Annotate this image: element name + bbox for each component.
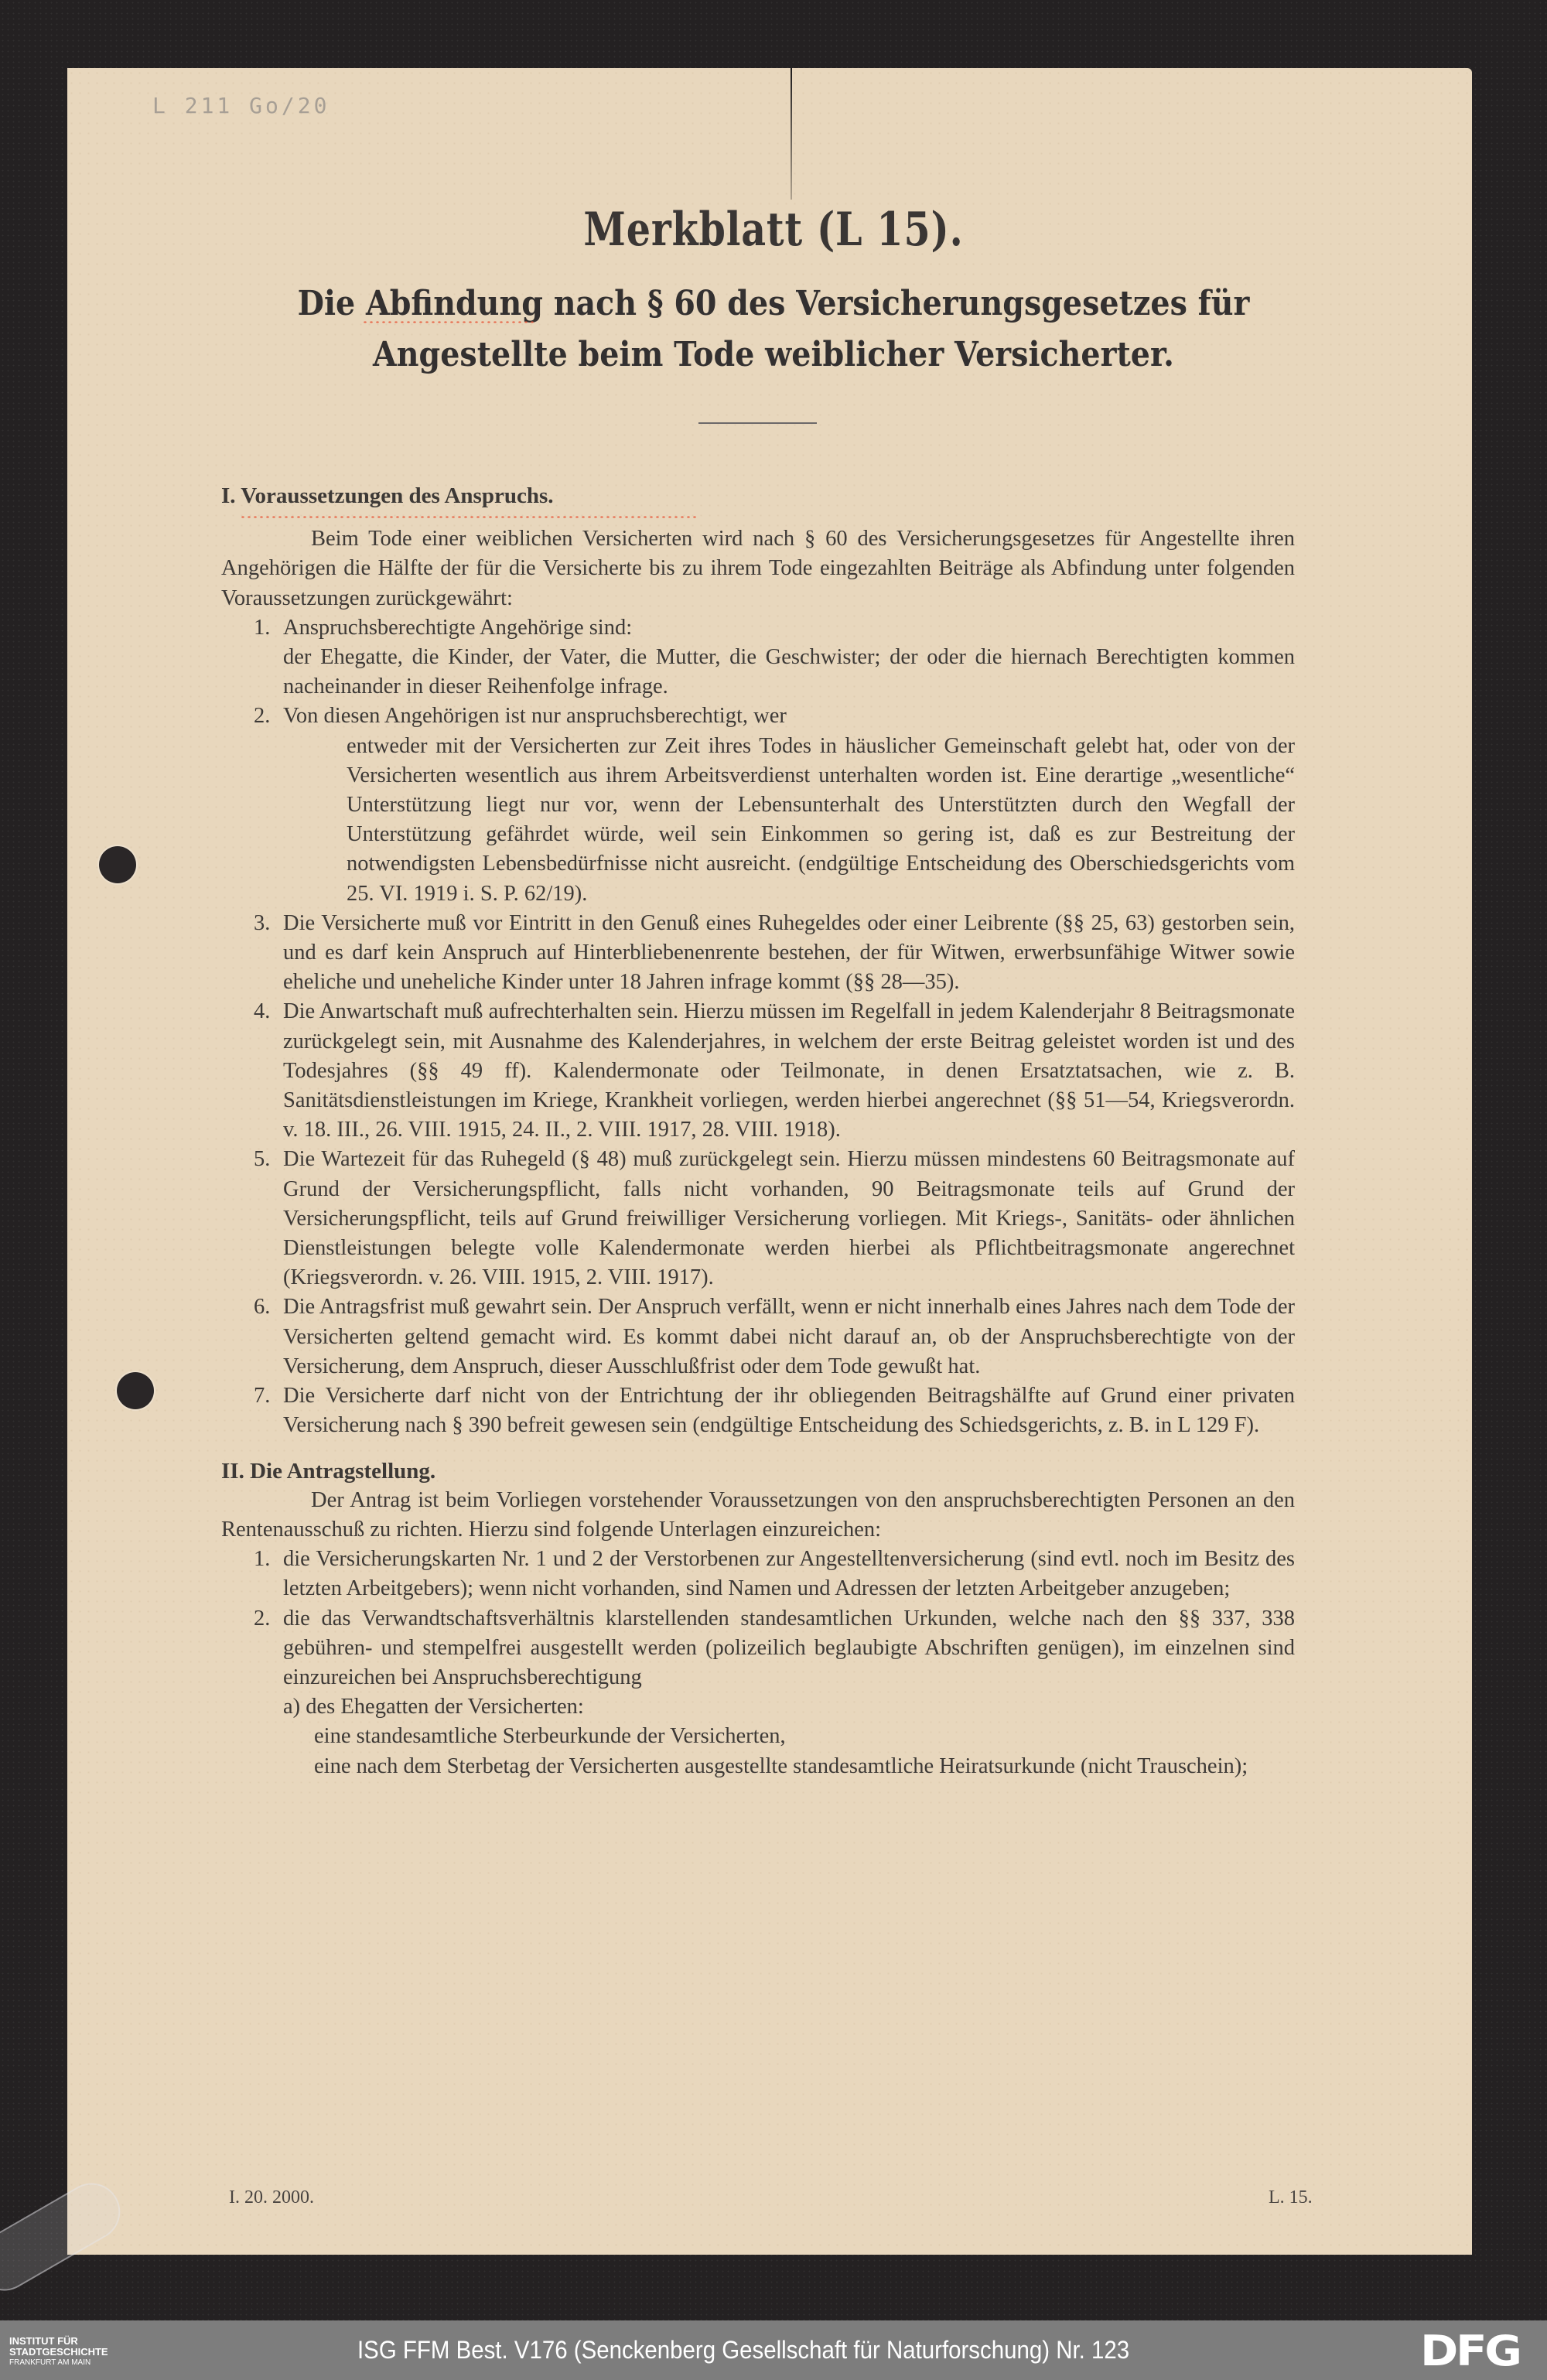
list-item: 2. die das Verwandtschaftsverhältnis kla… bbox=[221, 1604, 1295, 1693]
sub-item-line: eine standesamtliche Sterbeurkunde der V… bbox=[283, 1722, 1295, 1751]
title-divider bbox=[698, 422, 817, 424]
item-number: 4. bbox=[254, 997, 270, 1026]
section-2-intro: Der Antrag ist beim Vorliegen vorstehend… bbox=[221, 1486, 1295, 1545]
list-item: 1. die Versicherungskarten Nr. 1 und 2 d… bbox=[221, 1545, 1295, 1603]
item-number: 3. bbox=[254, 909, 270, 938]
red-pencil-underline bbox=[362, 320, 534, 324]
item-lead: Von diesen Angehörigen ist nur anspruchs… bbox=[283, 702, 1295, 731]
archive-caption-bar: INSTITUT FÜR STADTGESCHICHTE FRANKFURT A… bbox=[0, 2320, 1547, 2380]
item-number: 5. bbox=[254, 1145, 270, 1174]
document-subtitle: Die Abfindung nach § 60 des Versicherung… bbox=[77, 278, 1470, 381]
list-item: 2. Von diesen Angehörigen ist nur anspru… bbox=[221, 702, 1295, 908]
item-number: 6. bbox=[254, 1292, 270, 1322]
item-number: 2. bbox=[254, 1604, 270, 1634]
list-item: 5. Die Wartezeit für das Ruhegeld (§ 48)… bbox=[221, 1145, 1295, 1292]
sub-item-label: a) des Ehegatten der Versicherten: bbox=[283, 1692, 1295, 1722]
punch-hole-icon bbox=[117, 1372, 154, 1409]
list-item: 3. Die Versicherte muß vor Eintritt in d… bbox=[221, 909, 1295, 998]
subtitle-line-2: Angestellte beim Tode weiblicher Versich… bbox=[77, 330, 1470, 381]
list-item: 4. Die Anwartschaft muß aufrechterhalten… bbox=[221, 997, 1295, 1145]
list-item: 7. Die Versicherte darf nicht von der En… bbox=[221, 1381, 1295, 1440]
item-number: 1. bbox=[254, 613, 270, 643]
section-1-intro: Beim Tode einer weiblichen Versicherten … bbox=[221, 524, 1295, 613]
form-number: L. 15. bbox=[1269, 2187, 1313, 2208]
item-text: die Versicherungskarten Nr. 1 und 2 der … bbox=[283, 1545, 1295, 1603]
item-text: die das Verwandtschaftsverhältnis klarst… bbox=[283, 1604, 1295, 1693]
archive-caption: ISG FFM Best. V176 (Senckenberg Gesellsc… bbox=[357, 2336, 1129, 2365]
list-item: 6. Die Antragsfrist muß gewahrt sein. De… bbox=[221, 1292, 1295, 1381]
item-text: Die Anwartschaft muß aufrechterhalten se… bbox=[283, 997, 1295, 1145]
subtitle-line-1: Die Abfindung nach § 60 des Versicherung… bbox=[77, 278, 1470, 330]
section-1-heading: I. Voraussetzungen des Anspruchs. bbox=[221, 481, 1295, 510]
item-lead: Anspruchsberechtigte Angehörige sind: bbox=[283, 613, 1295, 643]
sub-item-line: eine nach dem Sterbetag der Versicherten… bbox=[283, 1752, 1295, 1781]
document-body: I. Voraussetzungen des Anspruchs. Beim T… bbox=[221, 481, 1295, 1781]
print-code: I. 20. 2000. bbox=[229, 2187, 314, 2208]
item-number: 2. bbox=[254, 702, 270, 731]
item-text: Die Wartezeit für das Ruhegeld (§ 48) mu… bbox=[283, 1145, 1295, 1292]
dfg-logo: DFG bbox=[1420, 2327, 1520, 2375]
item-text: entweder mit der Versicherten zur Zeit i… bbox=[283, 732, 1295, 909]
item-text: Die Antragsfrist muß gewahrt sein. Der A… bbox=[283, 1292, 1295, 1381]
item-text: der Ehegatte, die Kinder, der Vater, die… bbox=[283, 643, 1295, 702]
archive-stamp: L 211 Go/20 bbox=[152, 93, 330, 118]
item-text: Die Versicherte muß vor Eintritt in den … bbox=[283, 909, 1295, 998]
item-text: Die Versicherte darf nicht von der Entri… bbox=[283, 1381, 1295, 1440]
section-2-heading: II. Die Antragstellung. bbox=[221, 1456, 1295, 1486]
paper-fold-crease bbox=[791, 68, 792, 200]
sub-item-a: a) des Ehegatten der Versicherten: eine … bbox=[221, 1692, 1295, 1781]
punch-hole-icon bbox=[99, 846, 136, 883]
list-item: 1. Anspruchsberechtigte Angehörige sind:… bbox=[221, 613, 1295, 702]
item-number: 7. bbox=[254, 1381, 270, 1411]
item-number: 1. bbox=[254, 1545, 270, 1574]
institution-logo: INSTITUT FÜR STADTGESCHICHTE FRANKFURT A… bbox=[9, 2336, 108, 2368]
document-title: Merkblatt (L 15). bbox=[139, 203, 1408, 257]
